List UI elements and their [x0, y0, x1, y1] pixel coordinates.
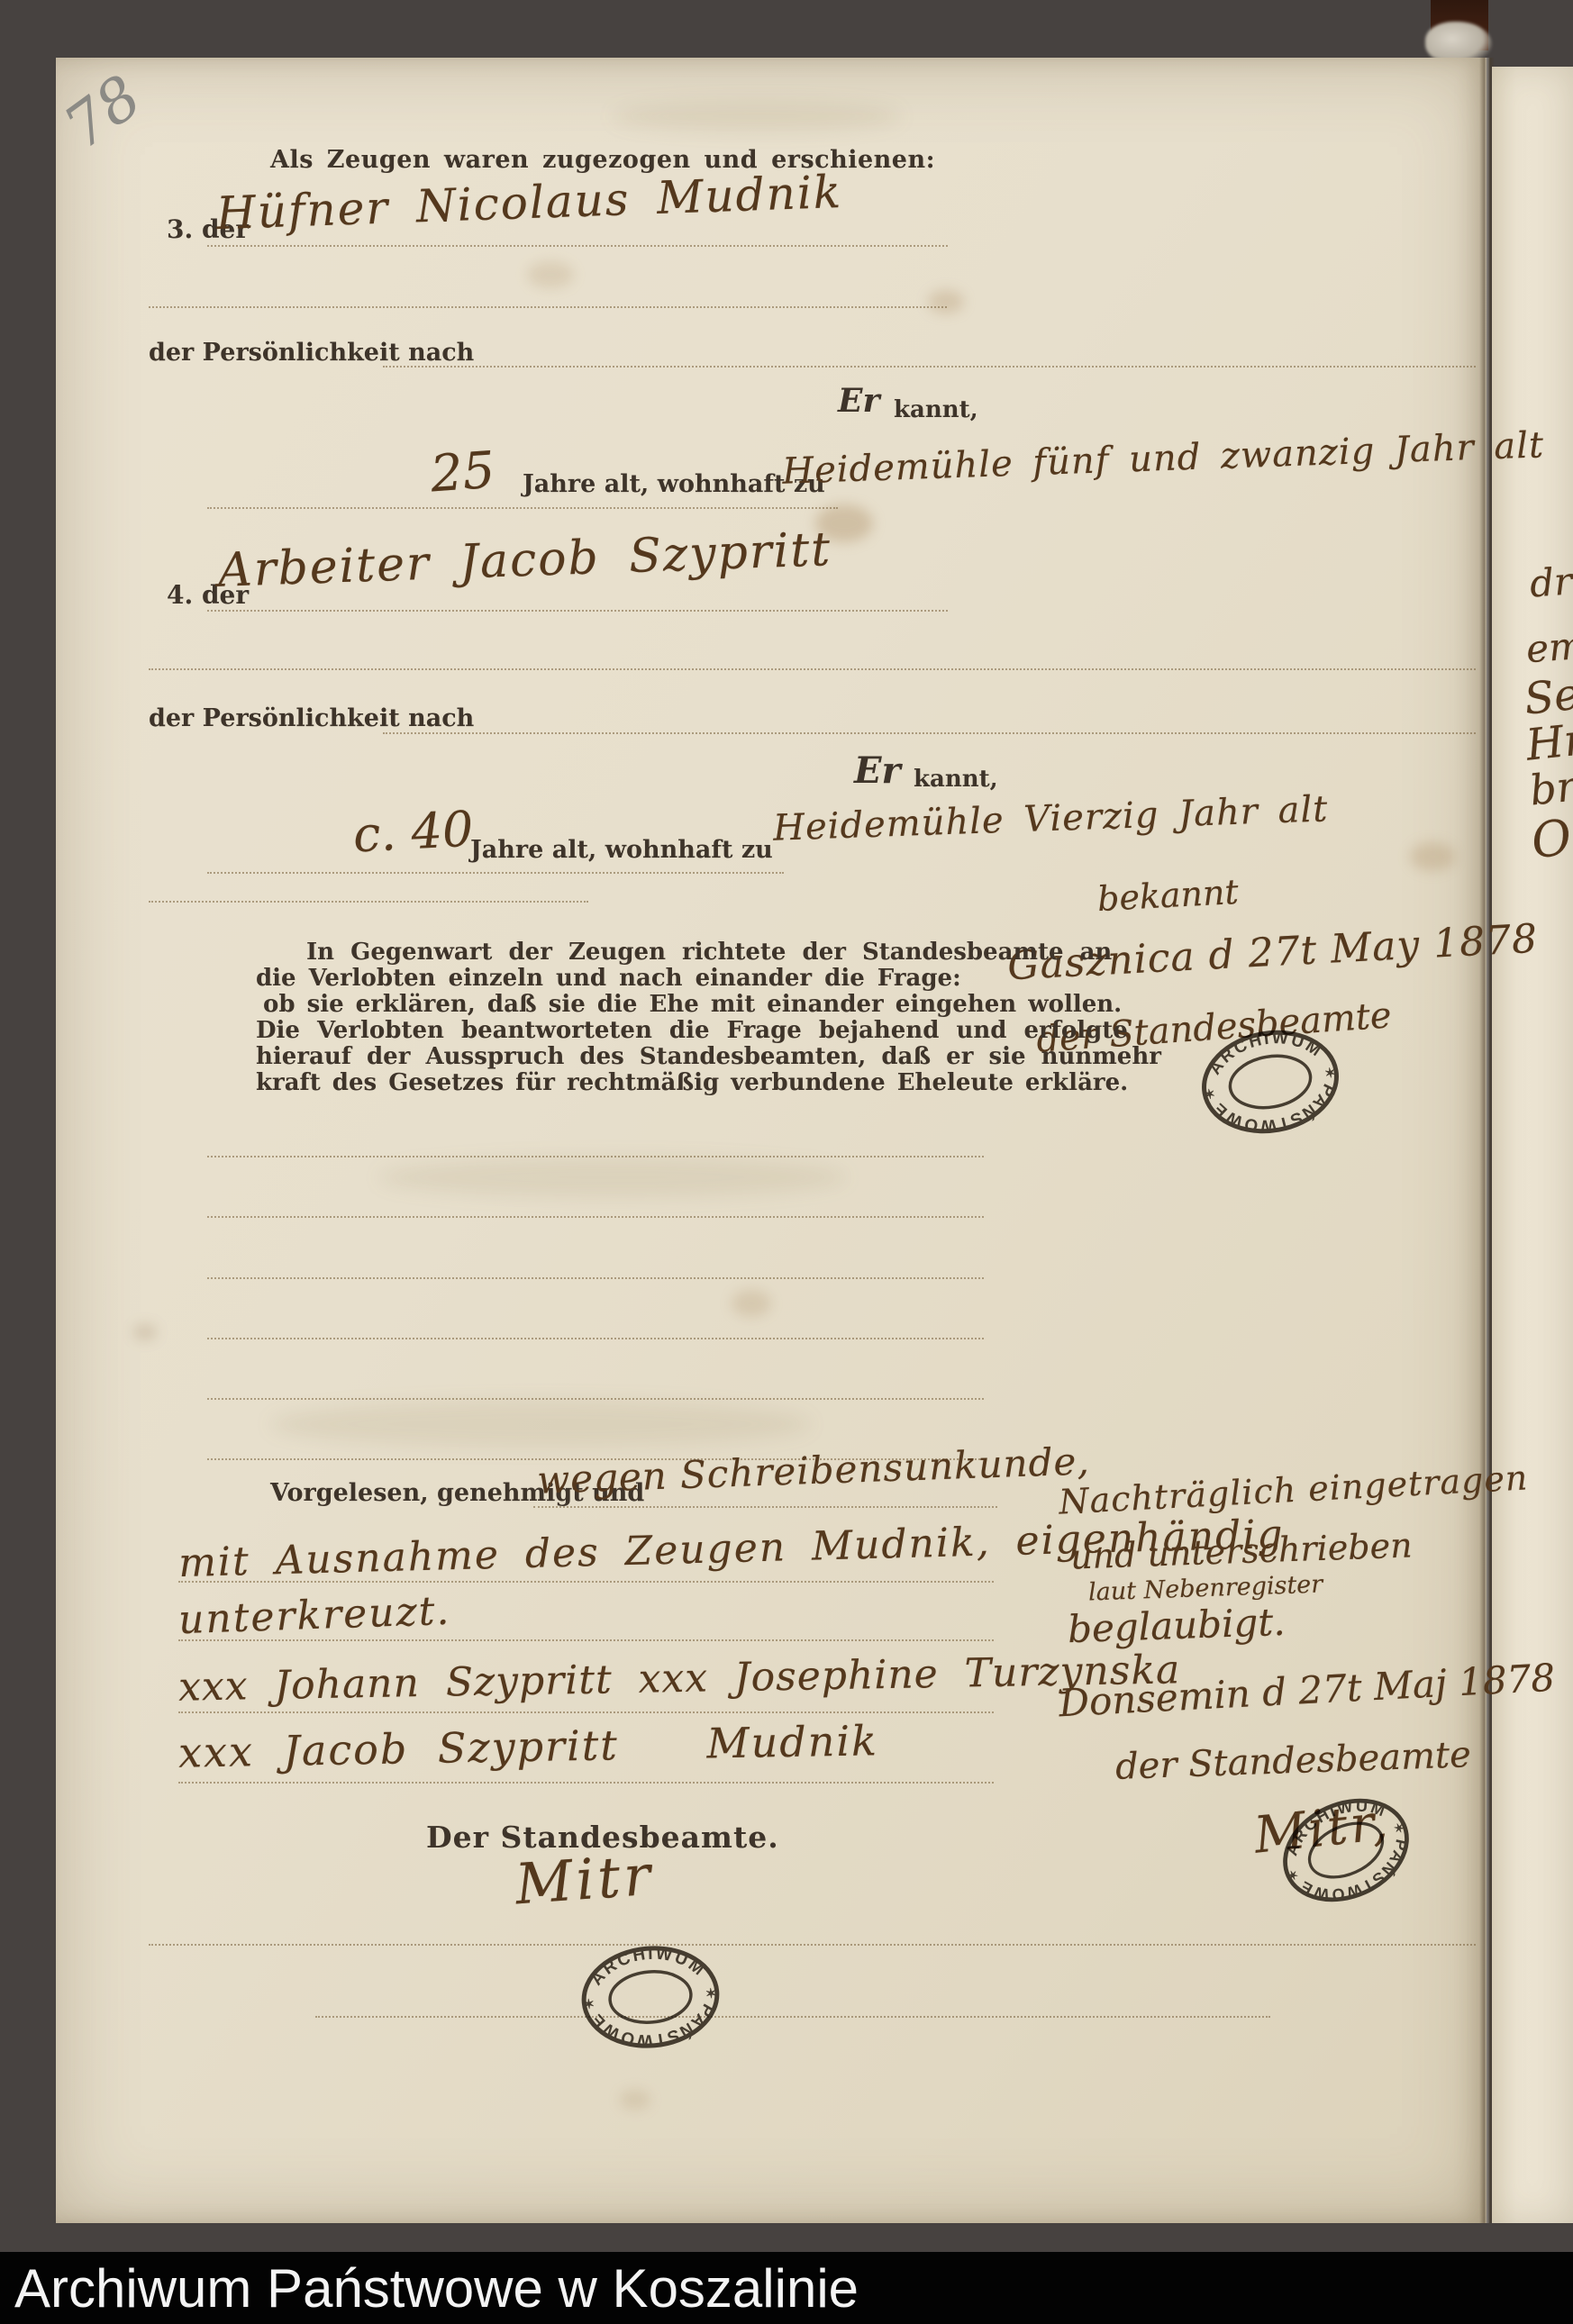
star-icon: ✶ [583, 1996, 596, 2012]
dotted-line [207, 507, 838, 509]
witness4-age-handwriting: c. 40 [351, 801, 474, 864]
er-swash-4: Er [854, 749, 901, 792]
kannt-label-3: kannt, [894, 396, 978, 423]
witness3-age-handwriting: 25 [429, 441, 497, 504]
dotted-line [207, 610, 948, 612]
margin-note-3-handwriting: beglaubigt. [1067, 1600, 1286, 1651]
star-icon: ✶ [1286, 1867, 1301, 1884]
declaration-line-2: die Verlobten einzeln und nach einander … [256, 965, 961, 992]
dotted-line [178, 1581, 994, 1583]
next-page-fragment: O [1528, 808, 1573, 870]
dotted-line [207, 1277, 984, 1279]
dotted-line [383, 366, 1476, 368]
dotted-line [178, 1782, 994, 1784]
age-label-3: Jahre alt, wohnhaft zu [523, 470, 825, 498]
dotted-line [315, 2016, 1270, 2018]
dotted-line [207, 1216, 984, 1218]
dotted-line [149, 306, 947, 308]
identity-label-3: der Persönlichkeit nach [149, 339, 474, 367]
dotted-line [178, 1711, 994, 1713]
scanned-document-photo: 78 Als Zeugen waren zugezogen und erschi… [0, 0, 1573, 2324]
archive-watermark-label: Archiwum Państwowe w Koszalinie [14, 2257, 1546, 2319]
dotted-line [207, 1156, 984, 1157]
dotted-line [207, 245, 948, 247]
dotted-line [178, 1639, 994, 1641]
star-icon: ✶ [1323, 1065, 1337, 1082]
next-page-strip [1492, 67, 1573, 2223]
er-swash-3: Er [838, 382, 879, 420]
archive-oval-stamp: ARCHIWUM PAŃSTWOWE ✶ ✶ [574, 1938, 727, 2056]
declaration-line-1: In Gegenwart der Zeugen richtete der Sta… [306, 939, 1112, 966]
identity-label-4: der Persönlichkeit nach [149, 704, 474, 732]
dotted-line [149, 668, 1476, 670]
star-icon: ✶ [1203, 1086, 1216, 1103]
dotted-line [383, 732, 1476, 734]
document-page [56, 58, 1487, 2223]
next-page-fragment: dr [1528, 558, 1573, 605]
dotted-line [207, 1338, 984, 1339]
declaration-line-6: kraft des Gesetzes für rechtmäßig verbun… [256, 1069, 1128, 1096]
next-page-fragment: em [1524, 623, 1573, 671]
age-label-4: Jahre alt, wohnhaft zu [470, 836, 773, 864]
dotted-line [207, 1398, 984, 1400]
dotted-line [149, 1944, 1476, 1946]
dotted-line [149, 901, 588, 903]
dotted-line [533, 1506, 997, 1508]
next-page-fragment: br [1527, 761, 1573, 814]
witness4-known-handwriting: bekannt [1096, 872, 1240, 919]
declaration-line-4: Die Verlobten beantworteten die Frage be… [256, 1017, 1128, 1044]
declaration-line-3: ob sie erklären, daß sie die Ehe mit ein… [263, 991, 1122, 1018]
kannt-label-4: kannt, [914, 766, 998, 793]
undersigned-handwriting: unterkreuzt. [177, 1588, 451, 1644]
star-icon: ✶ [705, 1986, 717, 2002]
dotted-line [207, 872, 784, 874]
registrar-signature-handwriting: Mitr [514, 1842, 657, 1918]
declaration-line-5: hierauf der Ausspruch des Standesbeamten… [256, 1043, 1161, 1070]
